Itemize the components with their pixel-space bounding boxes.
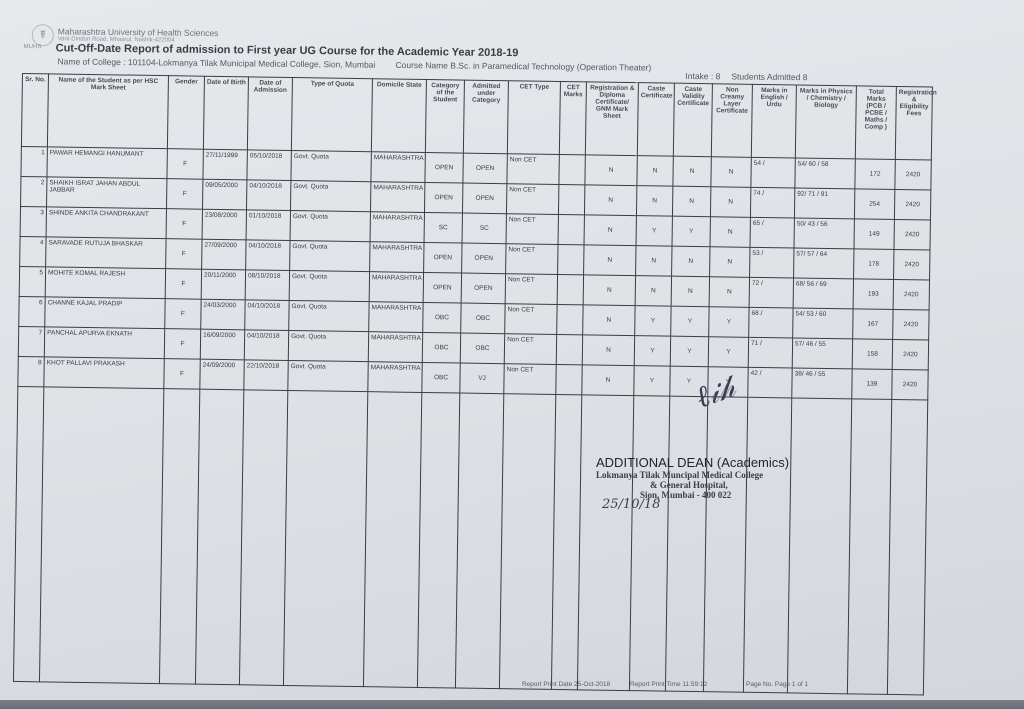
stamp-line-1: Lokmanya Tilak Muncipal Medical College [596,470,826,480]
table-cell: N [710,217,750,248]
page-number: Page No. Page 1 of 1 [746,681,808,688]
table-cell [559,154,585,184]
table-cell: SHINDE ANKITA CHANDRAKANT [46,207,166,239]
table-cell: 05/10/2018 [247,150,291,181]
column-header: Marks in Physics / Chemistry / Biology [795,85,856,159]
table-cell: 23/08/2000 [202,209,246,240]
table-cell: Y [672,216,710,247]
table-cell: N [584,215,636,246]
empty-cell [703,397,747,693]
column-header: Registration & Diploma Certificate/ GNM … [585,82,638,156]
column-header: CET Marks [559,81,586,154]
table-cell: N [673,156,711,187]
stamp-line-3: Sion, Mumbai - 400 022 [640,490,826,500]
table-cell: OBC [423,302,461,333]
table-cell: MAHARASHTRA [369,302,423,333]
admission-table: Sr. No.Name of the Student as per HSC Ma… [13,73,933,695]
table-cell: 54 / [751,157,795,188]
table-cell: 74 / [750,187,794,218]
empty-cell [665,396,707,692]
table-cell: SC [462,213,506,244]
table-cell: 4 [20,236,46,266]
table-cell: N [637,156,673,187]
table-cell: F [165,299,201,330]
report-page: ☤ MUHS Maharashtra University of Health … [0,0,1024,700]
table-cell: OPEN [462,183,506,214]
table-cell: MAHARASHTRA [370,212,424,243]
table-cell: OBC [460,333,504,364]
table-cell: 38/ 46 / 55 [792,368,852,399]
table-cell: 2 [21,176,47,206]
table-cell: Y [670,336,708,367]
table-cell: N [710,187,750,218]
column-header: Sr. No. [21,74,48,147]
table-cell: 72 / [749,277,793,308]
column-header: Domicile State [371,79,426,153]
table-cell: 24/03/2000 [201,299,245,330]
table-cell: 92/ 71 / 91 [794,188,854,219]
table-cell: 2420 [893,279,929,310]
table-cell: Non CET [505,274,557,305]
table-cell: 54/ 53 / 60 [793,308,853,339]
table-cell: 167 [853,309,893,340]
table-cell: 54/ 60 / 58 [795,158,855,189]
empty-cell [239,390,287,686]
table-body: 1PAWAR HEMANGI HANUMANTF27/11/199905/10/… [13,146,931,694]
table-cell: 2420 [892,339,928,370]
table-cell: Y [634,336,670,367]
table-cell: 53 / [750,247,794,278]
table-cell: 2420 [892,369,928,400]
table-cell: MAHARASHTRA [369,272,423,303]
empty-cell [455,393,503,689]
table-cell: N [709,277,749,308]
table-cell [556,364,582,394]
table-cell: Non CET [505,304,557,335]
table-cell: 3 [20,206,46,236]
table-cell: Y [708,337,748,368]
table-cell: MAHARASHTRA [370,182,424,213]
table-cell: 7 [18,326,44,356]
intake-count: Intake : 8 [685,71,720,81]
table-cell: PANCHAL APURVA EKNATH [44,327,164,359]
table-cell: N [584,185,636,216]
empty-cell [417,392,459,688]
column-header: Type of Quota [291,78,372,152]
table-cell: 193 [853,279,893,310]
table-cell: OPEN [463,153,507,184]
empty-cell [363,392,421,688]
table-cell: Govt. Quota [290,210,370,241]
table-cell: N [636,246,672,277]
table-cell: 2420 [893,309,929,340]
stamp-line-2: & General Hospital, [650,480,826,490]
table-cell: Govt. Quota [288,330,368,361]
table-cell: 27/11/1999 [203,149,247,180]
table-cell: SC [424,212,462,243]
table-cell: 27/09/2000 [202,239,246,270]
table-cell: OPEN [425,152,463,183]
table-cell: Y [636,216,672,247]
table-cell: MOHITE KOMAL RAJESH [45,267,165,299]
table-cell: 5 [19,266,45,296]
table-cell: N [582,365,634,396]
table-cell: F [167,149,203,180]
empty-cell [39,387,163,684]
table-cell: F [165,269,201,300]
logo-caption: MUHS [24,44,42,50]
table-cell: 2420 [894,219,930,250]
column-header: Caste Certificate [637,83,674,157]
table-cell: 71 / [748,337,792,368]
empty-cell [159,389,199,685]
column-header: Date of Admission [247,77,292,151]
table-cell: 22/10/2018 [244,360,288,391]
column-header: Admitted under Category [463,80,508,154]
empty-cell [283,390,367,686]
empty-cell [577,395,633,691]
handwritten-date: 25/10/18 [602,497,660,512]
table-cell: 6 [19,296,45,326]
table-cell: 1 [21,146,47,176]
table-cell: Non CET [504,334,556,365]
table-cell: Non CET [506,214,558,245]
table-cell: N [636,186,672,217]
table-cell: 68/ 56 / 69 [793,278,853,309]
report-header: ☤ MUHS Maharashtra University of Health … [24,16,1024,26]
table-cell: F [167,179,203,210]
table-cell: N [672,246,710,277]
table-cell: Y [635,306,671,337]
table-cell: Y [671,306,709,337]
table-cell: 8 [18,356,44,386]
table-cell: 178 [854,249,894,280]
table-cell: MAHARASHTRA [370,242,424,273]
table-cell: N [585,155,637,186]
column-header: Non Creamy Layer Certificate [711,84,752,158]
table-cell: 50/ 43 / 56 [794,218,854,249]
table-cell: 04/10/2018 [246,180,290,211]
table-cell: 254 [854,189,894,220]
column-header: Total Marks (PCB / PCBE / Maths / Comp ) [855,86,896,160]
table-cell: VJ [460,363,504,394]
empty-cell [629,396,669,692]
table-cell: 09/05/2000 [202,179,246,210]
table-cell: F [164,359,200,390]
table-cell: N [582,335,634,366]
table-cell: F [166,209,202,240]
table-cell: 42 / [748,367,792,398]
university-seal-icon: ☤ [32,24,54,46]
column-header: Name of the Student as per HSC Mark Shee… [47,74,168,149]
empty-cell [743,397,791,693]
table-cell: N [711,157,751,188]
table-cell [557,274,583,304]
table-cell: 20/11/2000 [201,269,245,300]
table-cell: Govt. Quota [289,300,369,331]
column-header: Date of Birth [203,76,248,150]
table-cell: Non CET [506,184,558,215]
table-cell: Govt. Quota [290,181,370,212]
table-cell [556,334,582,364]
table-cell: OBC [422,332,460,363]
table-cell: Govt. Quota [288,360,368,391]
table-cell: N [710,247,750,278]
empty-cell [787,398,851,694]
table-cell: MAHARASHTRA [368,332,422,363]
table-cell: N [671,276,709,307]
table-cell: 2420 [894,249,930,280]
table-cell: KHOT PALLAVI PRAKASH [44,357,164,389]
table-cell: Govt. Quota [290,240,370,271]
table-cell: Govt. Quota [289,270,369,301]
table-cell: N [584,245,636,276]
table-cell: 57/ 57 / 64 [794,248,854,279]
table-cell: OPEN [462,243,506,274]
table-cell: N [635,276,671,307]
table-cell: 158 [852,339,892,370]
college-name: Name of College : 101104-Lokmanya Tilak … [57,56,375,69]
table-cell: OPEN [461,273,505,304]
table-cell: 08/10/2018 [245,270,289,301]
empty-cell [195,389,243,685]
empty-cell [847,399,891,695]
table-cell [558,184,584,214]
table-cell: 65 / [750,217,794,248]
print-time: Report Print Time 11:59:12 [630,681,707,688]
table-cell: OPEN [424,182,462,213]
course-name: Course Name B.Sc. in Paramedical Technol… [395,60,651,73]
column-header: CET Type [507,81,560,155]
table-cell: MAHARASHTRA [371,152,425,183]
column-header: Category of the Student [425,80,464,154]
table-cell [558,214,584,244]
table-cell: N [583,305,635,336]
table-cell: 04/10/2018 [246,240,290,271]
table-cell: 149 [854,219,894,250]
table-cell: 68 / [749,307,793,338]
empty-cell [887,399,927,695]
table-cell: Y [709,307,749,338]
table-cell [557,304,583,334]
table-cell: 2420 [895,159,931,190]
table-cell: 139 [852,369,892,400]
table-cell: 16/09/2000 [200,329,244,360]
print-date: Report Print Date 25-Oct-2018 [522,681,610,688]
table-cell: OBC [461,303,505,334]
table-cell: OBC [422,362,460,393]
table-cell: SHAIKH ISRAT JAHAN ABDUL JABBAR [47,177,167,209]
table-cell: OPEN [423,272,461,303]
table-cell: Non CET [504,364,556,395]
table-cell: N [672,186,710,217]
dean-designation: ADDITIONAL DEAN (Academics) [596,455,826,470]
table-cell: PAWAR HEMANGI HANUMANT [47,147,167,179]
table-cell: 04/10/2018 [244,330,288,361]
table-cell: Y [634,366,670,397]
table-header-row: Sr. No.Name of the Student as per HSC Ma… [21,74,932,160]
table-cell: CHANNE KAJAL PRADIP [45,297,165,329]
table-cell: F [164,329,200,360]
table-cell: SARAVADE RUTUJA BHASKAR [46,237,166,269]
table-cell: 2420 [894,189,930,220]
table-cell: 04/10/2018 [245,300,289,331]
empty-table-area [13,386,927,694]
dean-signature-stamp: ℓ𝒾𝒽 ADDITIONAL DEAN (Academics) Lokmanya… [596,455,826,500]
empty-cell [499,394,555,690]
column-header: Gender [167,76,204,150]
table-cell: F [166,239,202,270]
table-cell: 01/10/2018 [246,210,290,241]
table-cell: 172 [855,159,895,190]
column-header: Registration & Eligibility Fees [895,86,932,160]
column-header: Marks in English / Urdu [751,84,796,158]
table-cell: N [583,275,635,306]
table-cell: MAHARASHTRA [368,362,422,393]
students-admitted-count: Students Admitted 8 [731,71,807,82]
table-cell: OPEN [424,242,462,273]
table-cell: Non CET [506,244,558,275]
table-cell [558,244,584,274]
column-header: Caste Validity Certificate [673,83,712,157]
table-cell: 57/ 46 / 55 [792,338,852,369]
table-cell: Govt. Quota [291,151,371,182]
table-cell: 24/09/2000 [200,359,244,390]
admission-table-wrapper: Sr. No.Name of the Student as per HSC Ma… [13,73,932,695]
table-cell: Non CET [507,154,559,185]
